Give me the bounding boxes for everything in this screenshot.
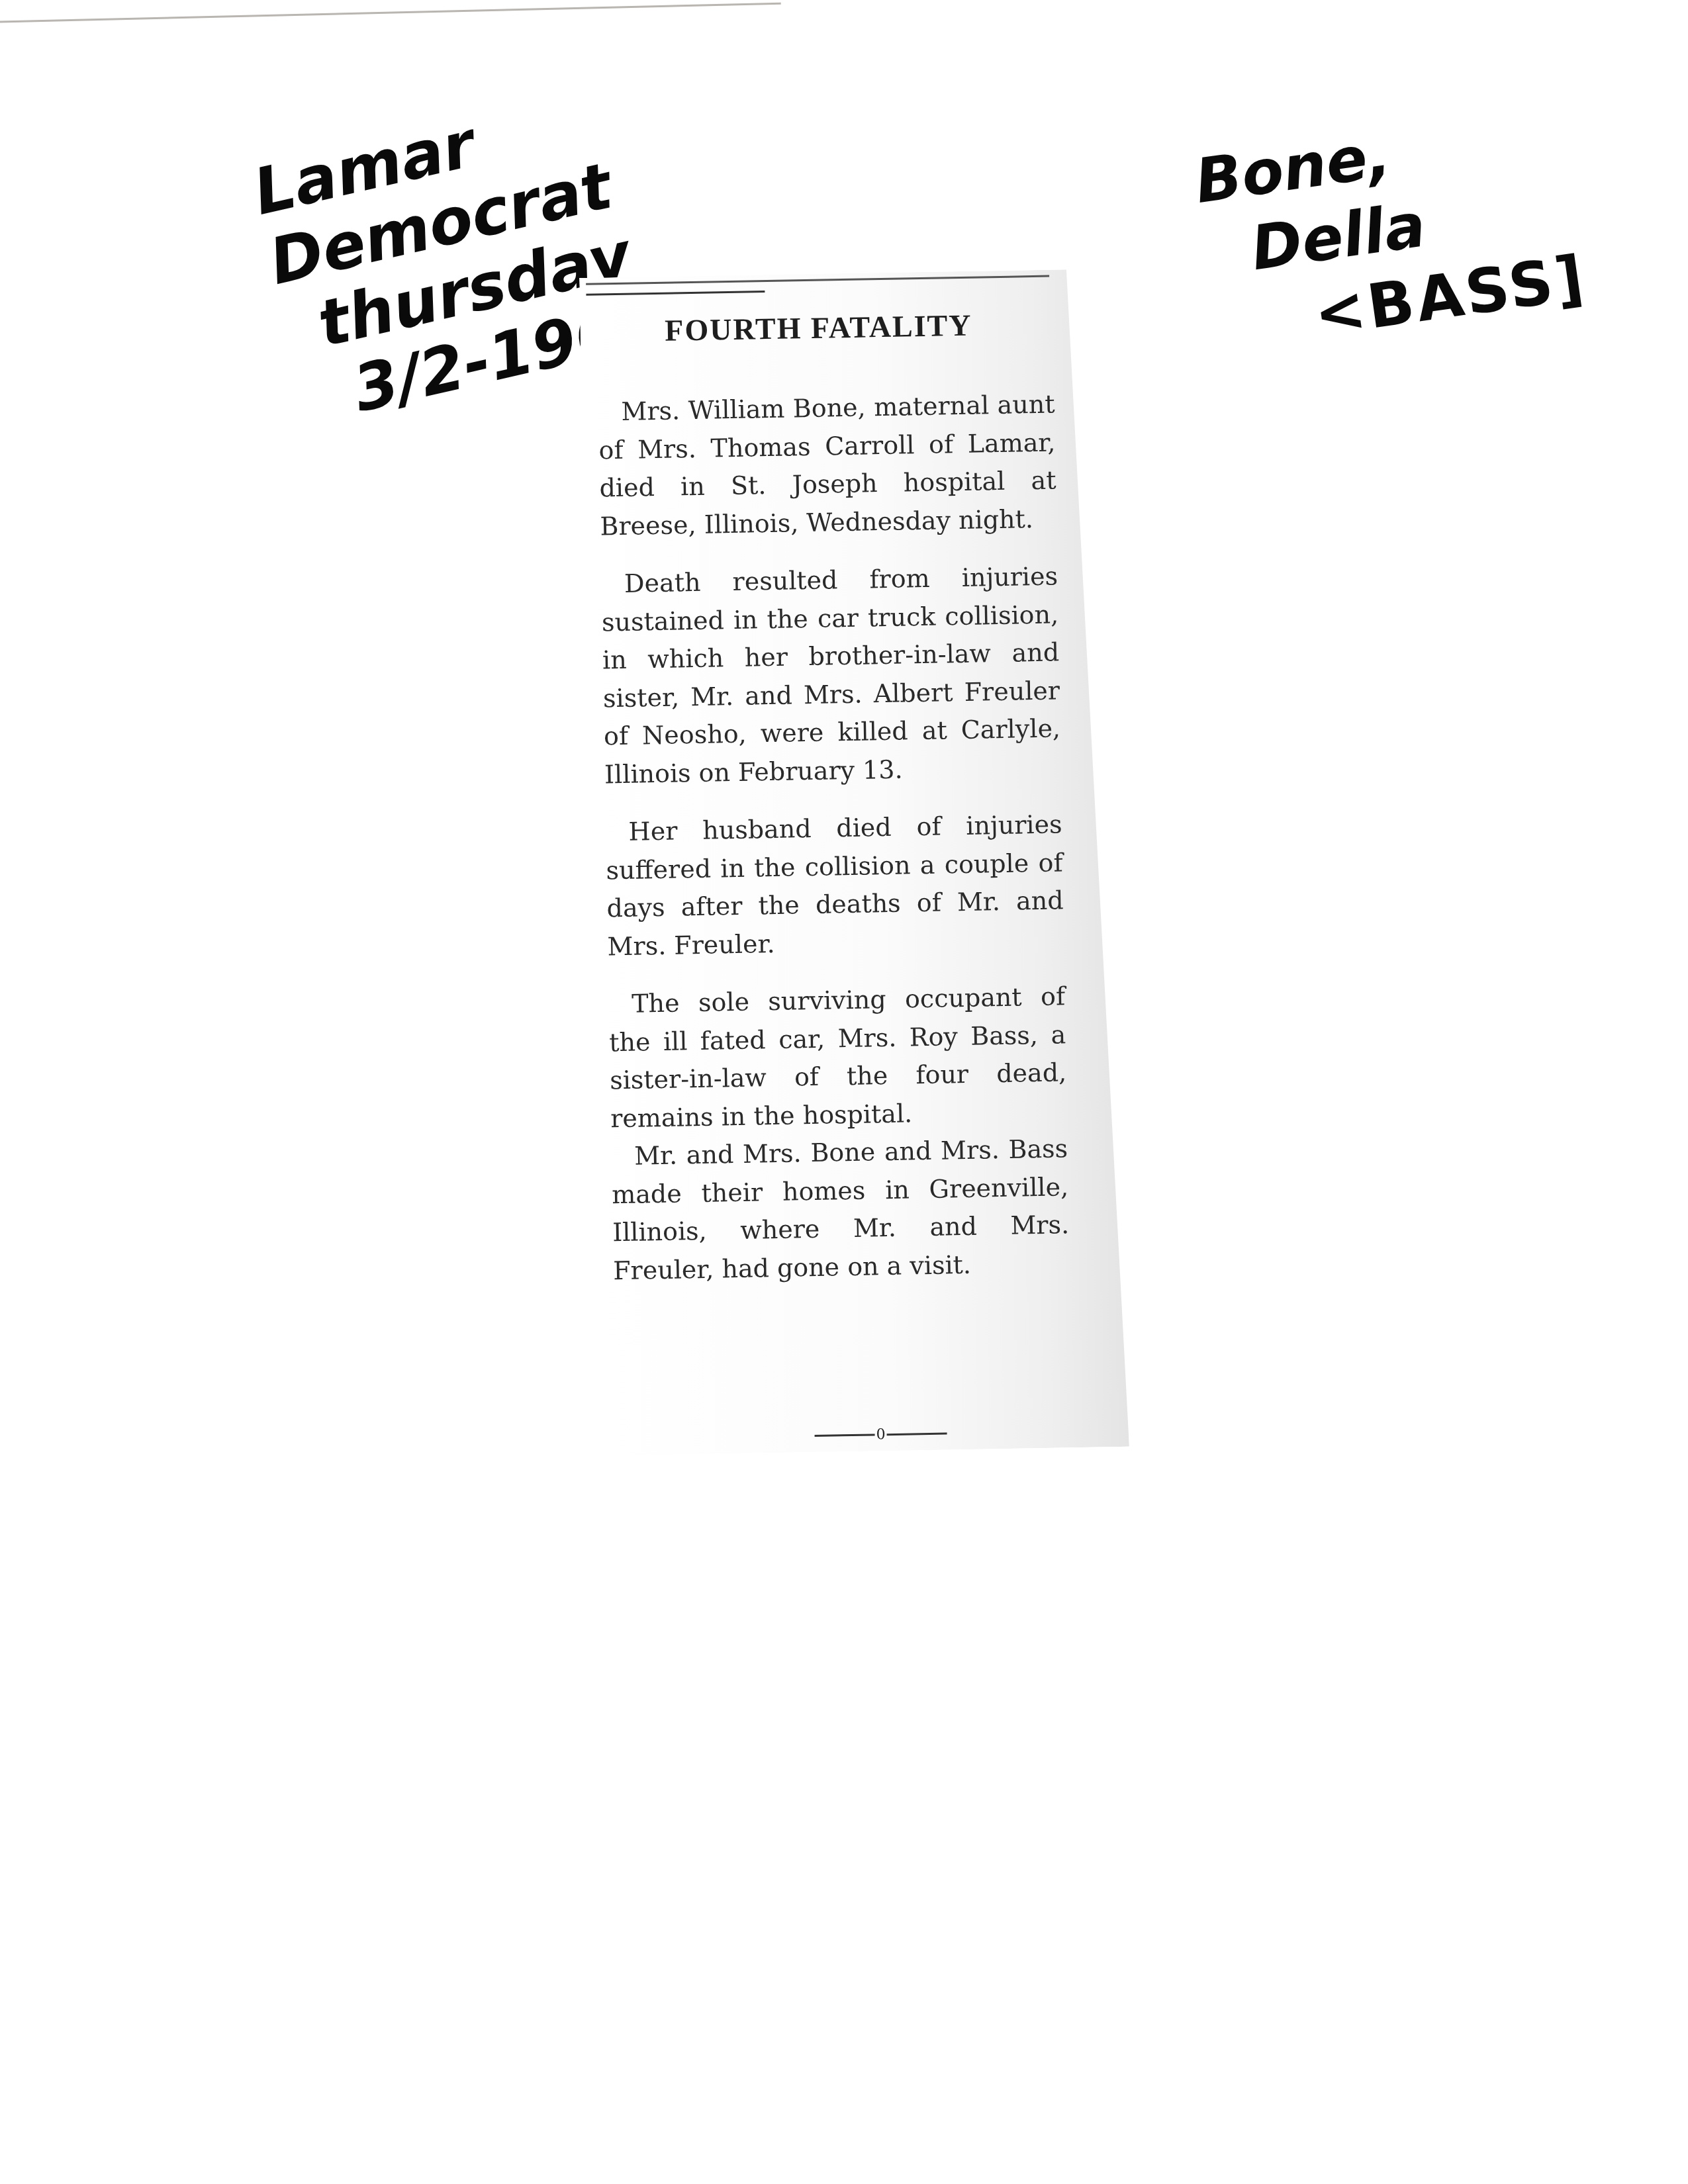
divider-mark: 0 — [874, 1426, 886, 1443]
clipping-top-rule — [586, 275, 1049, 285]
article-headline: FOURTH FATALITY — [580, 306, 1057, 349]
article-paragraph: Death resulted from injuries sustained i… — [601, 557, 1062, 794]
divider-bar-left — [815, 1433, 875, 1437]
newspaper-clipping: FOURTH FATALITY Mrs. William Bone, mater… — [579, 269, 1129, 1456]
article-paragraph: Mr. and Mrs. Bone and Mrs. Bass made the… — [611, 1130, 1070, 1290]
clipping-top-rule-thick — [586, 291, 765, 296]
end-of-article-divider: 0 — [814, 1427, 947, 1442]
scan-edge-line — [0, 3, 781, 23]
handwritten-subject-note: Bone, Della <BASS] — [1192, 101, 1591, 373]
article-paragraph: Her husband died of injuries suffered in… — [605, 805, 1064, 966]
article-paragraph: Mrs. William Bone, maternal aunt of Mrs.… — [598, 385, 1057, 545]
divider-bar-right — [887, 1432, 947, 1435]
article-body: Mrs. William Bone, maternal aunt of Mrs.… — [598, 385, 1070, 1310]
article-paragraph: The sole surviving occupant of the ill f… — [608, 978, 1068, 1138]
